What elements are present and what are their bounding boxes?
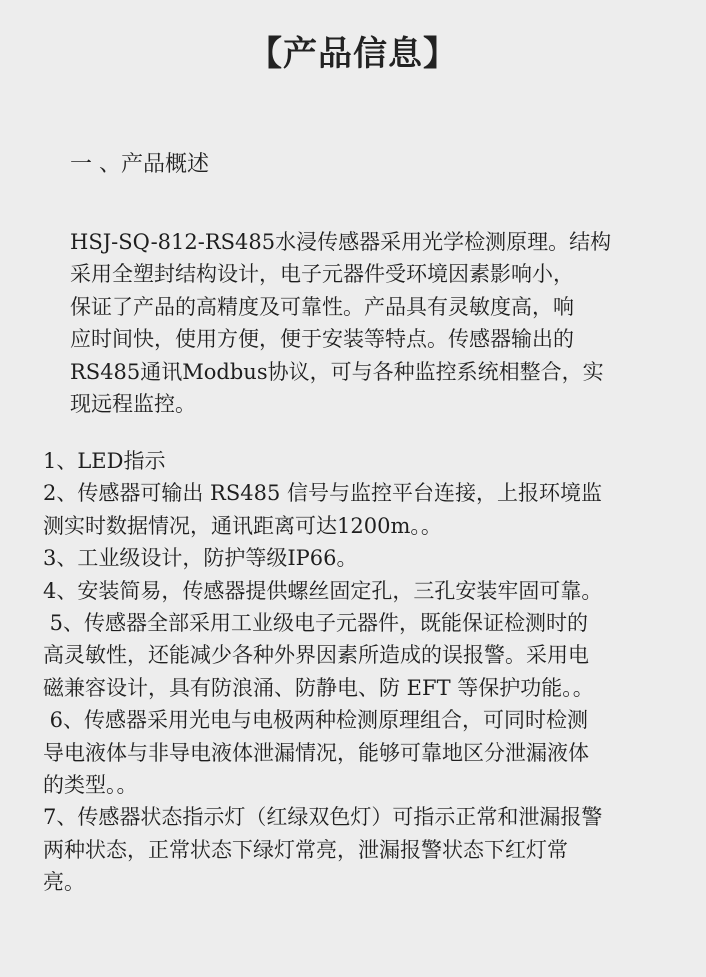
feature-line: 导电液体与非导电液体泄漏情况，能够可靠地区分泄漏液体 bbox=[43, 737, 703, 769]
feature-line: 亮。 bbox=[43, 866, 703, 898]
feature-line: 6、传感器采用光电与电极两种检测原理组合，可同时检测 bbox=[43, 704, 703, 736]
feature-line: 的类型。。 bbox=[43, 769, 703, 801]
overview-line: HSJ-SQ-812-RS485水浸传感器采用光学检测原理。结构 bbox=[70, 226, 690, 258]
feature-line: 1、LED指示 bbox=[43, 445, 703, 477]
feature-line: 4、安装简易，传感器提供螺丝固定孔，三孔安装牢固可靠。 bbox=[43, 575, 703, 607]
overview-line: RS485通讯Modbus协议，可与各种监控系统相整合，实 bbox=[70, 356, 690, 388]
feature-line: 磁兼容设计，具有防浪涌、防静电、防 EFT 等保护功能。。 bbox=[43, 672, 703, 704]
page-title: 【产品信息】 bbox=[0, 30, 706, 78]
feature-line: 5、传感器全部采用工业级电子元器件，既能保证检测时的 bbox=[43, 607, 703, 639]
feature-line: 3、工业级设计，防护等级IP66。 bbox=[43, 542, 703, 574]
overview-paragraph: HSJ-SQ-812-RS485水浸传感器采用光学检测原理。结构 采用全塑封结构… bbox=[70, 226, 690, 420]
overview-line: 应时间快，使用方便，便于安装等特点。传感器输出的 bbox=[70, 323, 690, 355]
overview-line: 保证了产品的高精度及可靠性。产品具有灵敏度高，响 bbox=[70, 291, 690, 323]
feature-line: 2、传感器可输出 RS485 信号与监控平台连接，上报环境监 bbox=[43, 477, 703, 509]
feature-line: 测实时数据情况，通讯距离可达1200m。。 bbox=[43, 510, 703, 542]
feature-line: 高灵敏性，还能减少各种外界因素所造成的误报警。采用电 bbox=[43, 639, 703, 671]
overview-line: 采用全塑封结构设计，电子元器件受环境因素影响小， bbox=[70, 258, 690, 290]
section-heading-overview: 一 、产品概述 bbox=[70, 150, 209, 180]
feature-line: 7、传感器状态指示灯（红绿双色灯）可指示正常和泄漏报警 bbox=[43, 801, 703, 833]
feature-list: 1、LED指示 2、传感器可输出 RS485 信号与监控平台连接，上报环境监 测… bbox=[43, 445, 703, 898]
feature-line: 两种状态，正常状态下绿灯常亮，泄漏报警状态下红灯常 bbox=[43, 834, 703, 866]
overview-line: 现远程监控。 bbox=[70, 388, 690, 420]
